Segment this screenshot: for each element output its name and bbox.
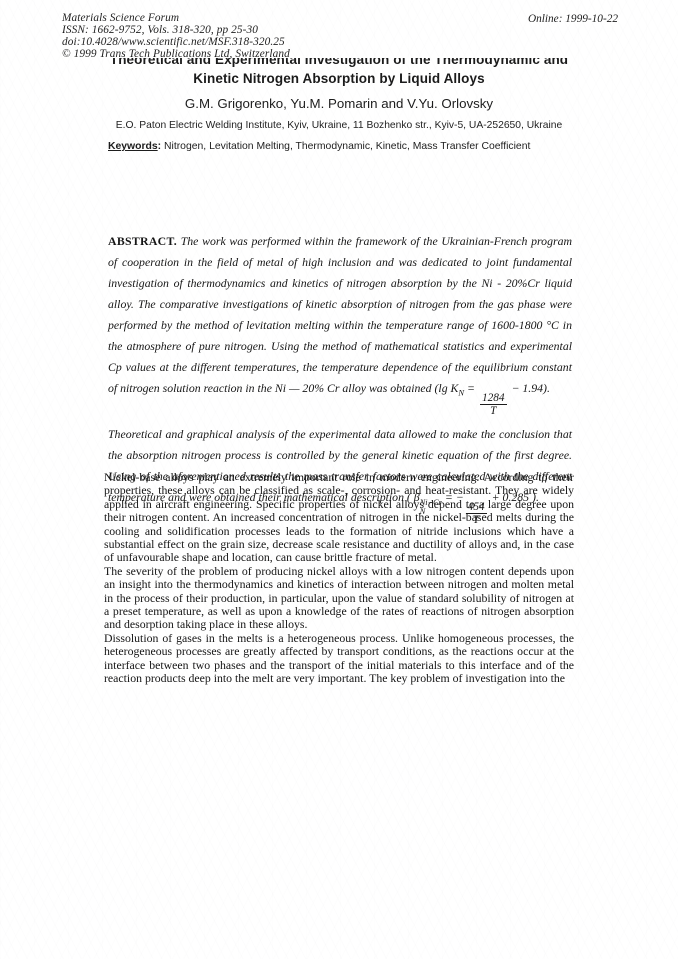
abstract-paragraph-1: ABSTRACT. The work was performed within … [108,231,572,417]
paper-title-line2: Kinetic Nitrogen Absorption by Liquid Al… [0,71,678,86]
body-text-section: Nickel-base alloys play an extremely imp… [104,471,574,686]
equation-equilibrium-constant: lg KN = 1284T − 1.94). [438,381,550,395]
abstract-label: ABSTRACT. [108,234,177,248]
body-paragraph-3: Dissolution of gases in the melts is a h… [104,632,574,686]
publisher-header: Materials Science Forum ISSN: 1662-9752,… [62,13,290,61]
eq1-numerator: 1284 [480,392,507,405]
body-paragraph-1: Nickel-base alloys play an extremely imp… [104,471,574,565]
eq1-tail: − 1.94). [509,381,550,395]
eq1-denominator: T [480,405,507,417]
affiliation-line: E.O. Paton Electric Welding Institute, K… [0,120,678,131]
paper-title-line1-clipped: Theoretical and Experimental Investigati… [0,58,678,69]
eq1-equals: = [464,381,478,395]
paper-page: Materials Science Forum ISSN: 1662-9752,… [0,0,678,959]
online-date: Online: 1999-10-22 [528,13,618,25]
paper-title-line1: Theoretical and Experimental Investigati… [0,58,678,69]
eq1-lhs: lg K [438,381,458,395]
keywords-line: Keywords: Nitrogen, Levitation Melting, … [108,141,530,152]
authors-line: G.M. Grigorenko, Yu.M. Pomarin and V.Yu.… [0,96,678,111]
keywords-text: Nitrogen, Levitation Melting, Thermodyna… [161,141,530,152]
body-paragraph-2: The severity of the problem of producing… [104,565,574,632]
abstract-text-1: The work was performed within the framew… [108,234,572,395]
eq1-fraction: 1284T [480,392,507,417]
title-block: Theoretical and Experimental Investigati… [0,58,678,131]
doi-line: doi:10.4028/www.scientific.net/MSF.318-3… [62,37,290,49]
keywords-label-text: Keywords [108,141,158,152]
keywords-label: Keywords: [108,141,161,152]
